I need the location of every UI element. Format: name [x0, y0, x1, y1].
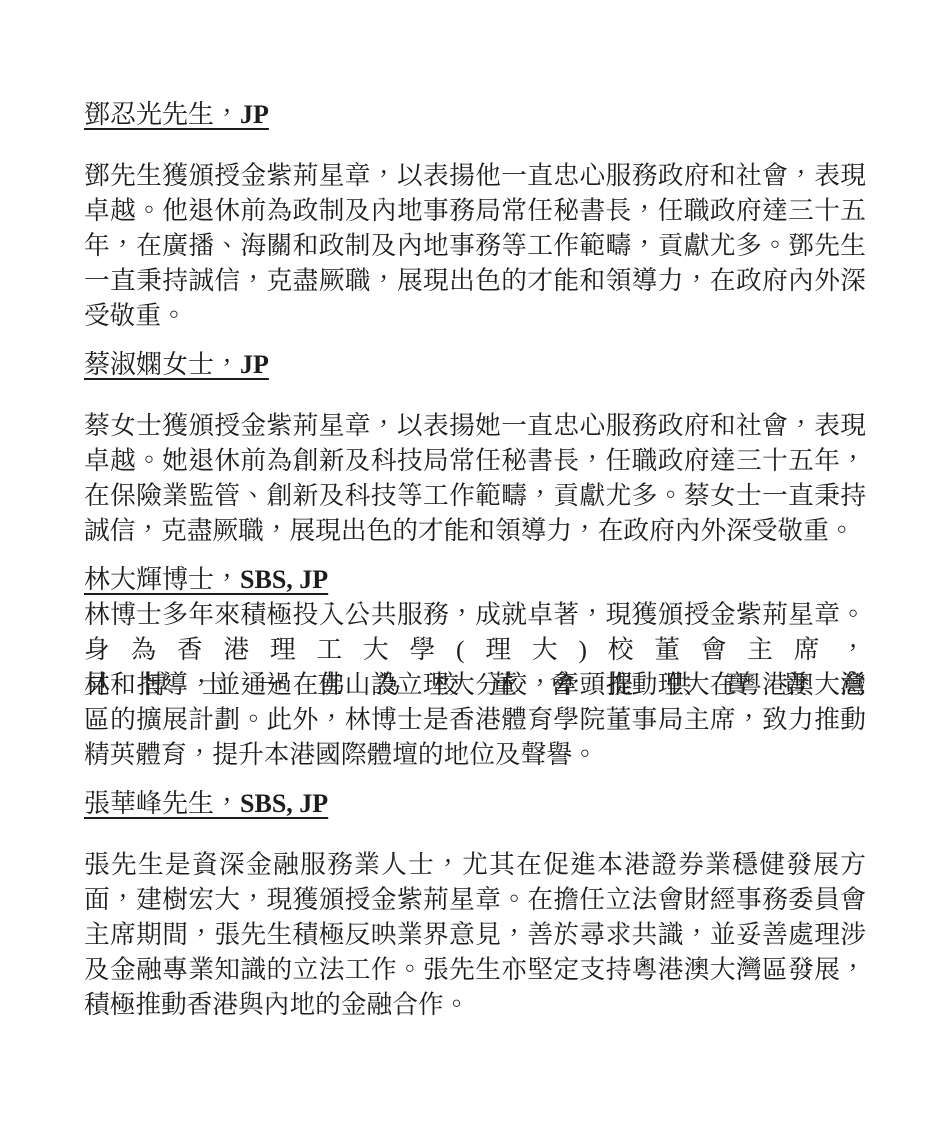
citation-line: 蔡女士獲頒授金紫荊星章，以表揚她一直忠心服務政府和社會，表現	[84, 408, 866, 443]
citation-paragraph: 蔡女士獲頒授金紫荊星章，以表揚她一直忠心服務政府和社會，表現卓越。她退休前為創新…	[84, 408, 866, 548]
citation-line: 在保險業監管、創新及科技等工作範疇，貢獻尤多。蔡女士一直秉持	[84, 478, 866, 513]
citation-line: 精英體育，提升本港國際體壇的地位及聲譽。	[84, 737, 866, 772]
honoree-name: 張華峰先生，	[84, 789, 240, 818]
honoree-postnominal: JP	[240, 350, 269, 379]
honoree-name: 蔡淑嫻女士，	[84, 350, 240, 379]
citation-line: 積極推動香港與內地的金融合作。	[84, 987, 866, 1022]
sections-container: 鄧忍光先生，JP 鄧先生獲頒授金紫荊星章，以表揚他一直忠心服務政府和社會，表現卓…	[84, 97, 866, 1022]
citation-line: 鄧先生獲頒授金紫荊星章，以表揚他一直忠心服務政府和社會，表現	[84, 158, 866, 193]
citation-line: 張先生是資深金融服務業人士，尤其在促進本港證券業穩健發展方	[84, 847, 866, 882]
honoree-section: 林大輝博士，SBS, JP 林博士多年來積極投入公共服務，成就卓著，現獲頒授金紫…	[84, 562, 866, 772]
honoree-section: 蔡淑嫻女士，JP 蔡女士獲頒授金紫荊星章，以表揚她一直忠心服務政府和社會，表現卓…	[84, 347, 866, 548]
honoree-section: 張華峰先生，SBS, JP 張先生是資深金融服務業人士，尤其在促進本港證券業穩健…	[84, 786, 866, 1022]
honoree-name: 鄧忍光先生，	[84, 100, 240, 129]
citation-paragraph: 張先生是資深金融服務業人士，尤其在促進本港證券業穩健發展方面，建樹宏大，現獲頒授…	[84, 847, 866, 1022]
honoree-heading: 林大輝博士，SBS, JP	[84, 562, 866, 597]
citation-line: 受敬重。	[84, 298, 866, 333]
honoree-postnominal: SBS, JP	[240, 565, 328, 594]
citation-line: 誠信，克盡厥職，展現出色的才能和領導力，在政府內外深受敬重。	[84, 513, 866, 548]
citation-line: 一直秉持誠信，克盡厥職，展現出色的才能和領導力，在政府內外深	[84, 263, 866, 298]
citation-line: 卓越。她退休前為創新及科技局常任秘書長，任職政府達三十五年，	[84, 443, 866, 478]
honoree-name: 林大輝博士，	[84, 565, 240, 594]
citation-line: 及金融專業知識的立法工作。張先生亦堅定支持粵港澳大灣區發展，	[84, 952, 866, 987]
honoree-postnominal: JP	[240, 100, 269, 129]
citation-paragraph: 鄧先生獲頒授金紫荊星章，以表揚他一直忠心服務政府和社會，表現卓越。他退休前為政制…	[84, 158, 866, 333]
citation-line: 林博士多年來積極投入公共服務，成就卓著，現獲頒授金紫荊星章。	[84, 597, 866, 632]
honoree-postnominal: SBS, JP	[240, 789, 328, 818]
honoree-section: 鄧忍光先生，JP 鄧先生獲頒授金紫荊星章，以表揚他一直忠心服務政府和社會，表現卓…	[84, 97, 866, 333]
citation-line: 年，在廣播、海關和政制及內地事務等工作範疇，貢獻尤多。鄧先生	[84, 228, 866, 263]
citation-line: 身為香港理工大學(理大)校董會主席，林博士一直為校董會提供寶貴意	[84, 632, 866, 667]
citation-line: 區的擴展計劃。此外，林博士是香港體育學院董事局主席，致力推動	[84, 702, 866, 737]
citation-line: 主席期間，張先生積極反映業界意見，善於尋求共識，並妥善處理涉	[84, 917, 866, 952]
citation-paragraph: 林博士多年來積極投入公共服務，成就卓著，現獲頒授金紫荊星章。身為香港理工大學(理…	[84, 597, 866, 772]
citation-line: 見和指導，並通過在佛山設立理大分校，牽頭推動理大在粵港澳大灣	[84, 667, 866, 702]
citation-line: 面，建樹宏大，現獲頒授金紫荊星章。在擔任立法會財經事務委員會	[84, 882, 866, 917]
honoree-heading: 張華峰先生，SBS, JP	[84, 786, 866, 821]
honoree-heading: 蔡淑嫻女士，JP	[84, 347, 866, 382]
honoree-heading: 鄧忍光先生，JP	[84, 97, 866, 132]
citation-line: 卓越。他退休前為政制及內地事務局常任秘書長，任職政府達三十五	[84, 193, 866, 228]
document-page: 鄧忍光先生，JP 鄧先生獲頒授金紫荊星章，以表揚他一直忠心服務政府和社會，表現卓…	[0, 0, 947, 1133]
